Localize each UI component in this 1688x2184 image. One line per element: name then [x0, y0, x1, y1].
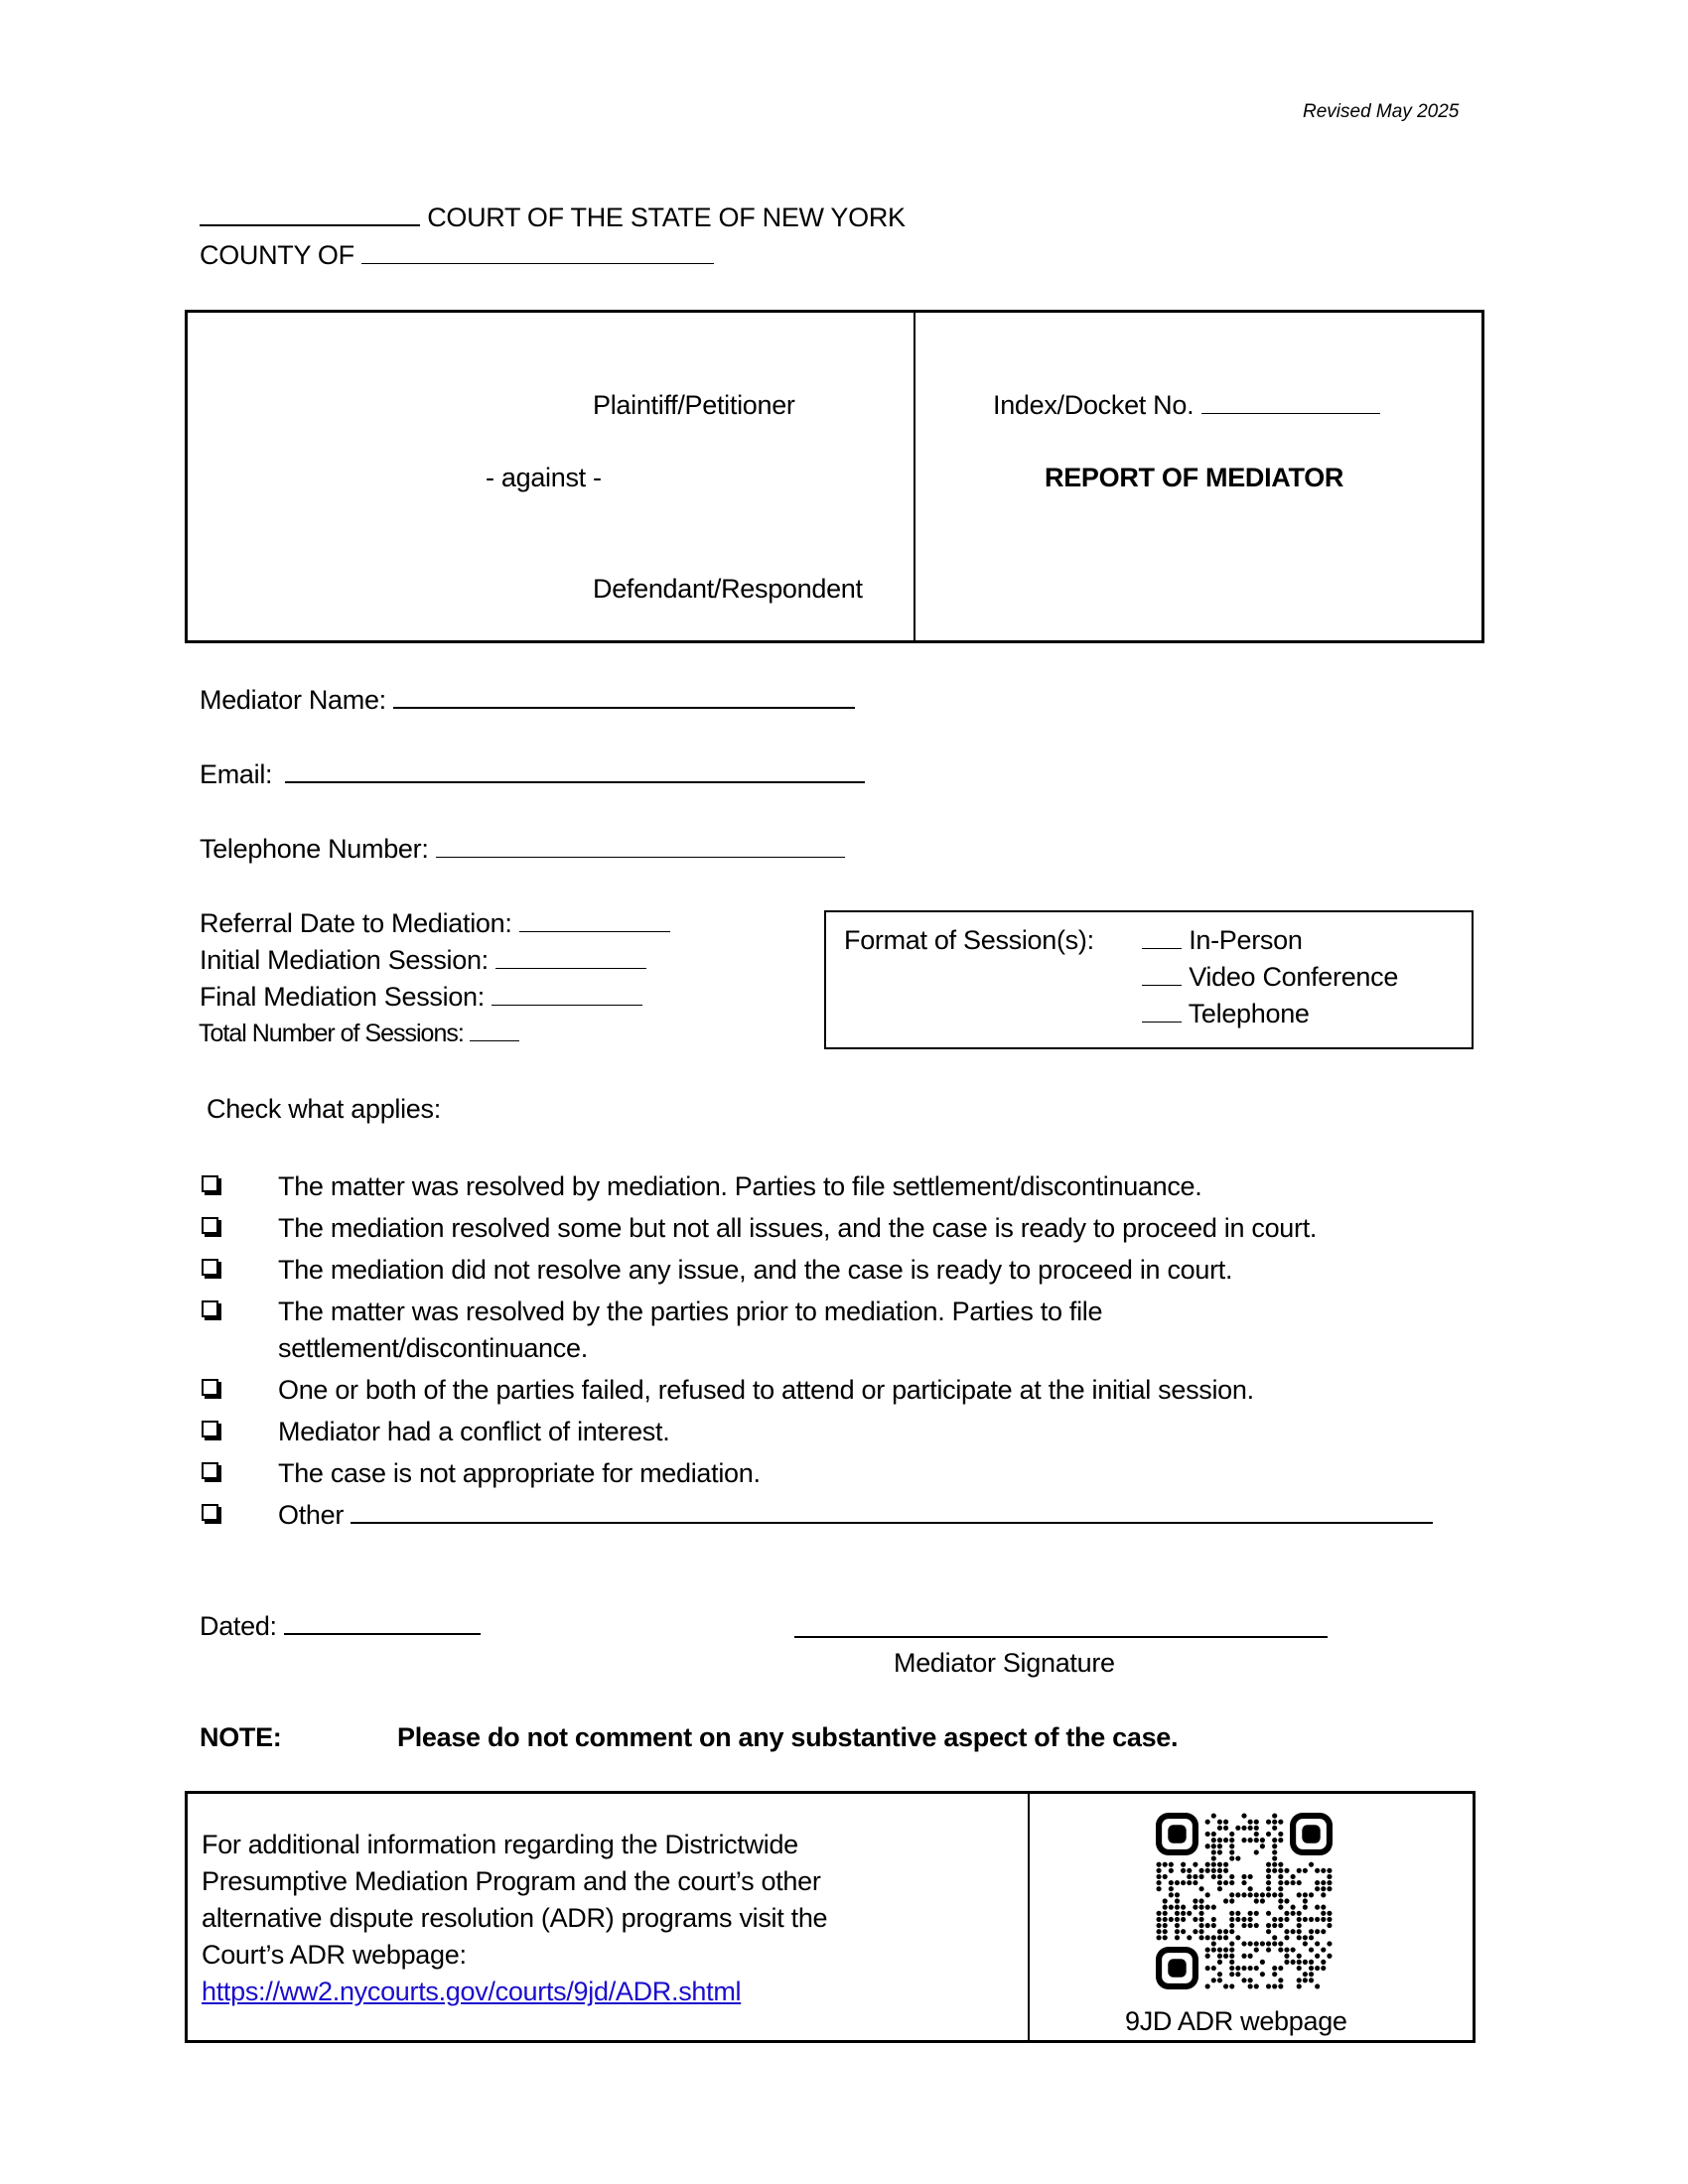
- total-sessions-field[interactable]: [470, 1039, 519, 1041]
- initial-session-field[interactable]: [495, 967, 646, 969]
- plaintiff-label: Plaintiff/Petitioner: [593, 392, 795, 419]
- document-title: REPORT OF MEDIATOR: [1045, 465, 1343, 491]
- county-label: COUNTY OF: [200, 240, 354, 270]
- final-session-field[interactable]: [492, 1004, 642, 1006]
- mediator-name-label: Mediator Name:: [200, 685, 386, 715]
- checklist-heading: Check what applies:: [207, 1096, 441, 1123]
- initial-session-line: Initial Mediation Session:: [200, 947, 646, 974]
- checkbox-other[interactable]: [202, 1504, 218, 1521]
- email-field[interactable]: [285, 780, 865, 783]
- dated-line: Dated:: [200, 1613, 481, 1640]
- phone-field[interactable]: [436, 856, 845, 858]
- note-label: NOTE:: [200, 1724, 282, 1751]
- info-text-line: Court’s ADR webpage:: [202, 1942, 467, 1969]
- format-option-video: Video Conference: [1142, 964, 1398, 991]
- checklist-item: The mediation resolved some but not all …: [278, 1215, 1317, 1242]
- checkbox-not-resolved[interactable]: [202, 1259, 218, 1276]
- dated-label: Dated:: [200, 1611, 277, 1641]
- telephone-label: Telephone: [1189, 999, 1310, 1028]
- note-text: Please do not comment on any substantive…: [397, 1724, 1178, 1751]
- qr-caption: 9JD ADR webpage: [1125, 2008, 1347, 2035]
- checklist-item: The matter was resolved by mediation. Pa…: [278, 1173, 1201, 1200]
- final-session-line: Final Mediation Session:: [200, 984, 642, 1011]
- checkbox-resolved-prior[interactable]: [202, 1300, 218, 1317]
- initial-session-label: Initial Mediation Session:: [200, 945, 489, 975]
- signature-field[interactable]: [794, 1636, 1328, 1638]
- defendant-label: Defendant/Respondent: [593, 576, 863, 603]
- dated-field[interactable]: [284, 1632, 481, 1635]
- county-field[interactable]: [361, 262, 714, 264]
- other-field[interactable]: [351, 1521, 1433, 1524]
- total-sessions-line: Total Number of Sessions:: [199, 1022, 519, 1046]
- checkbox-conflict-of-interest[interactable]: [202, 1421, 218, 1437]
- checklist-item: The case is not appropriate for mediatio…: [278, 1460, 761, 1487]
- checkbox-partially-resolved[interactable]: [202, 1217, 218, 1234]
- referral-date-line: Referral Date to Mediation:: [200, 910, 670, 937]
- index-docket-label: Index/Docket No.: [993, 390, 1194, 420]
- court-line: COURT OF THE STATE OF NEW YORK: [200, 205, 906, 231]
- other-label: Other: [278, 1500, 344, 1530]
- info-text-line: Presumptive Mediation Program and the co…: [202, 1868, 821, 1895]
- checklist-item-continuation: settlement/discontinuance.: [278, 1335, 588, 1362]
- signature-label: Mediator Signature: [894, 1650, 1115, 1677]
- revised-date: Revised May 2025: [1303, 101, 1459, 123]
- referral-date-label: Referral Date to Mediation:: [200, 908, 512, 938]
- checkbox-not-appropriate[interactable]: [202, 1462, 218, 1479]
- final-session-label: Final Mediation Session:: [200, 982, 485, 1012]
- against-label: - against -: [486, 465, 602, 491]
- qr-code-icon: [1156, 1813, 1333, 1989]
- mediator-name-line: Mediator Name:: [200, 687, 855, 714]
- in-person-label: In-Person: [1189, 925, 1302, 955]
- county-line: COUNTY OF: [200, 242, 714, 269]
- adr-webpage-link[interactable]: https://ww2.nycourts.gov/courts/9jd/ADR.…: [202, 1979, 741, 2005]
- referral-date-field[interactable]: [519, 930, 670, 932]
- checklist-item: One or both of the parties failed, refus…: [278, 1377, 1254, 1404]
- format-label: Format of Session(s):: [844, 927, 1094, 954]
- court-name-field[interactable]: [200, 223, 420, 226]
- checklist-item: Mediator had a conflict of interest.: [278, 1419, 669, 1445]
- checkbox-parties-failed[interactable]: [202, 1379, 218, 1396]
- video-conference-label: Video Conference: [1189, 962, 1398, 992]
- index-docket-line: Index/Docket No.: [993, 392, 1380, 419]
- index-docket-field[interactable]: [1201, 412, 1380, 414]
- court-suffix: COURT OF THE STATE OF NEW YORK: [427, 203, 906, 232]
- telephone-field[interactable]: [1142, 1021, 1182, 1023]
- case-caption-divider: [914, 310, 915, 643]
- info-box-divider: [1028, 1791, 1030, 2043]
- checkbox-resolved-by-mediation[interactable]: [202, 1175, 218, 1192]
- checklist-item: The mediation did not resolve any issue,…: [278, 1257, 1232, 1284]
- phone-label: Telephone Number:: [200, 834, 429, 864]
- info-text-line: alternative dispute resolution (ADR) pro…: [202, 1905, 827, 1932]
- mediator-name-field[interactable]: [393, 706, 855, 709]
- phone-line: Telephone Number:: [200, 836, 845, 863]
- info-text-line: For additional information regarding the…: [202, 1832, 798, 1858]
- email-line: Email:: [200, 761, 865, 788]
- in-person-field[interactable]: [1142, 947, 1182, 949]
- format-option-telephone: Telephone: [1142, 1001, 1310, 1027]
- checklist-item-other: Other: [278, 1502, 1433, 1529]
- checklist-item: The matter was resolved by the parties p…: [278, 1298, 1102, 1325]
- total-sessions-label: Total Number of Sessions:: [199, 1020, 464, 1047]
- video-conference-field[interactable]: [1142, 984, 1182, 986]
- format-option-in-person: In-Person: [1142, 927, 1303, 954]
- email-label: Email:: [200, 759, 272, 789]
